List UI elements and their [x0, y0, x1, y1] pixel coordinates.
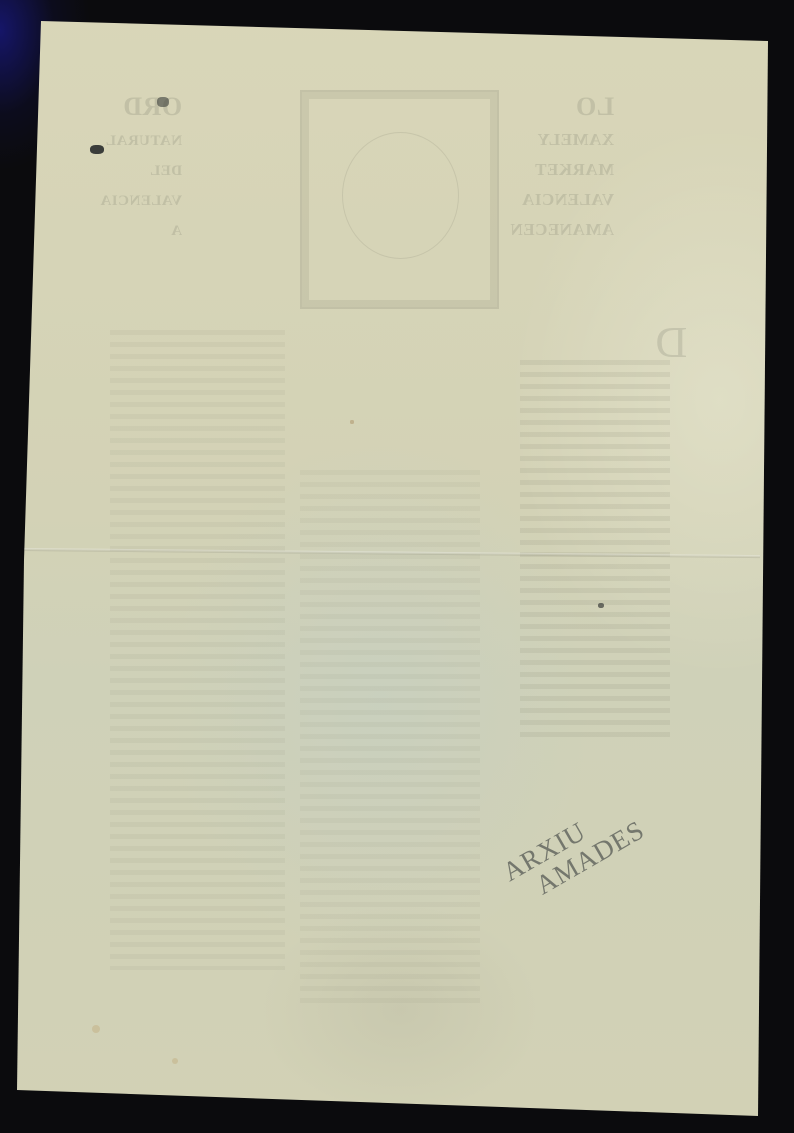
bleed-through-column-right [520, 360, 670, 740]
document-sheet: ORD NATURAL DEL VALENCIA A LO XAMELY MAR… [0, 0, 794, 1133]
ink-speck [157, 97, 169, 107]
medallion-outline [342, 132, 459, 259]
bleed-through-column-left [110, 330, 285, 970]
stain-dot [172, 1058, 178, 1064]
stain-dot [350, 420, 354, 424]
stain-dot [92, 1025, 100, 1033]
bleed-through-header-right: LO XAMELY MARKET VALENCIA AMANECEN [510, 92, 614, 241]
bleed-through-vignette [300, 90, 499, 309]
archive-stamp: ARXIU AMADES [498, 791, 649, 911]
bleed-through-header-left: ORD NATURAL DEL VALENCIA A [100, 92, 182, 241]
ink-speck [90, 145, 104, 154]
ink-speck [598, 603, 604, 608]
